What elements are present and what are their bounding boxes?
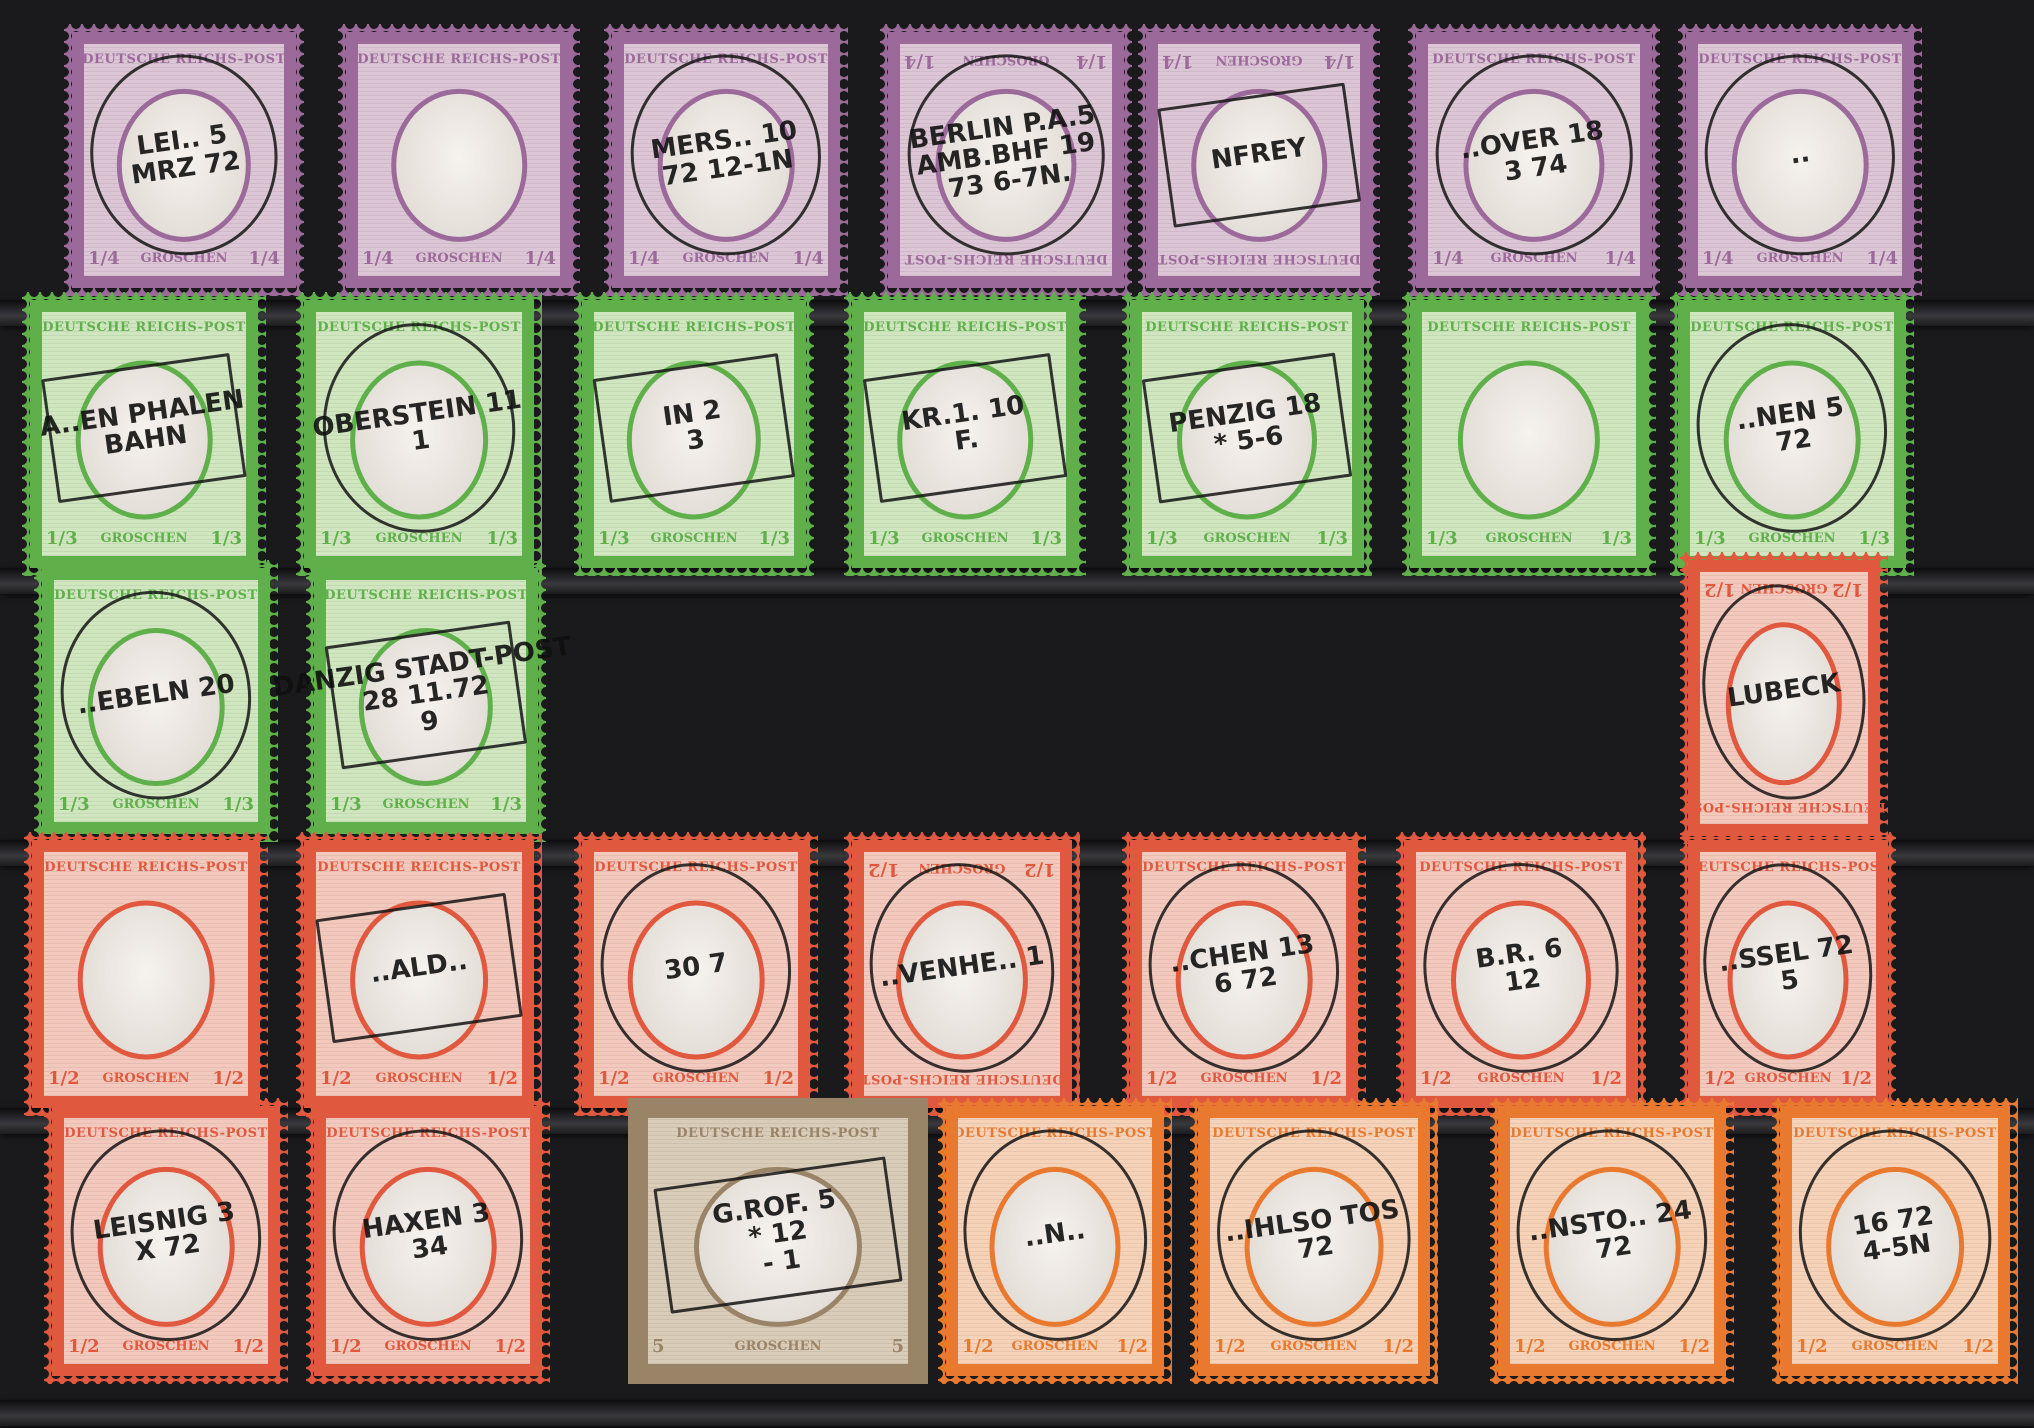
stamp: DEUTSCHE REICHS-POSTGROSCHEN1/21/2..N.. — [938, 1098, 1172, 1384]
denomination: 1/2 — [232, 1338, 264, 1356]
stamp-inscription-top: DEUTSCHE REICHS-POST — [306, 588, 546, 603]
denomination: 1/2 — [1832, 580, 1864, 598]
stamp: DEUTSCHE REICHS-POSTGROSCHEN1/21/2HAXEN … — [306, 1098, 550, 1384]
denomination: 1/3 — [1858, 530, 1890, 548]
postmark-text: ..IHLSO TOS 72 — [1223, 1196, 1405, 1275]
stamp: DEUTSCHE REICHS-POSTGROSCHEN1/21/2..ALD.… — [296, 832, 542, 1116]
denomination: 1/2 — [1146, 1070, 1178, 1088]
stamp: DEUTSCHE REICHS-POSTGROSCHEN1/21/2..VENH… — [844, 832, 1080, 1116]
denomination: 1/4 — [1432, 250, 1464, 268]
stamp: DEUTSCHE REICHS-POSTGROSCHEN1/21/216 72 … — [1772, 1098, 2018, 1384]
stamp: DEUTSCHE REICHS-POSTGROSCHEN1/21/230 7 — [574, 832, 818, 1116]
postmark-text: 30 7 — [663, 950, 730, 986]
stock-strip — [0, 1400, 2034, 1426]
postmark-text: ..N.. — [1023, 1217, 1087, 1253]
postmark: DANZIG STADT-POST 28 11.72 9 — [325, 621, 528, 770]
stamp: DEUTSCHE REICHS-POSTGROSCHEN1/21/2..NSTO… — [1490, 1098, 1734, 1384]
postmark-text: ..SSEL 72 5 — [1717, 932, 1859, 1005]
postmark-text: MERS.. 10 72 12-1N — [649, 117, 803, 192]
postmark-text: B.R. 6 12 — [1474, 935, 1568, 1001]
denomination: 1/2 — [1310, 1070, 1342, 1088]
denomination: 1/3 — [222, 796, 254, 814]
denomination: 1/2 — [1678, 1338, 1710, 1356]
denomination: 1/3 — [598, 530, 630, 548]
denomination: 1/4 — [1702, 250, 1734, 268]
postmark-text: ..VENHE.. 1 — [878, 943, 1046, 993]
denomination: 5 — [891, 1338, 904, 1356]
postmark-text: ..NEN 5 72 — [1735, 394, 1850, 463]
postmark-text: KR.1. 10 F. — [900, 393, 1030, 464]
postmark-text: LEI.. 5 MRZ 72 — [126, 120, 243, 189]
denomination: 1/2 — [48, 1070, 80, 1088]
denomination: 1/4 — [88, 250, 120, 268]
postmark-text: A..EN PHALEN BAHN — [38, 387, 250, 470]
denomination: 5 — [652, 1338, 665, 1356]
denomination: 1/3 — [868, 530, 900, 548]
denomination: 1/4 — [1604, 250, 1636, 268]
postmark-text: .. — [1788, 140, 1811, 170]
postmark: KR.1. 10 F. — [863, 353, 1067, 503]
denomination: 1/3 — [1600, 530, 1632, 548]
eagle-shield-icon — [391, 89, 527, 241]
denomination: 1/3 — [58, 796, 90, 814]
denomination: 1/3 — [1146, 530, 1178, 548]
stamp: DEUTSCHE REICHS-POSTGROSCHEN1/21/2B.R. 6… — [1396, 832, 1646, 1116]
postmark-text: ..NSTO.. 24 72 — [1527, 1197, 1697, 1274]
stamp-inscription-top: DEUTSCHE REICHS-POST — [22, 320, 266, 335]
stamp: DEUTSCHE REICHS-POSTGROSCHEN1/31/3..EBEL… — [34, 560, 278, 842]
postmark-text: NFREY — [1209, 134, 1308, 174]
postmark: NFREY — [1157, 82, 1361, 227]
denomination: 1/2 — [68, 1338, 100, 1356]
denomination: 1/2 — [762, 1070, 794, 1088]
denomination: 1/2 — [1420, 1070, 1452, 1088]
denomination: 1/3 — [210, 530, 242, 548]
denomination: 1/4 — [904, 52, 936, 70]
postmark-text: G.ROF. 5 * 12 - 1 — [711, 1186, 845, 1284]
stamp: DEUTSCHE REICHS-POSTGROSCHEN1/31/3OBERST… — [296, 292, 542, 576]
stamp: DEUTSCHE REICHS-POSTGROSCHEN1/31/3 — [1402, 292, 1656, 576]
denomination: 1/4 — [628, 250, 660, 268]
postmark: IN 2 3 — [593, 353, 796, 503]
denomination: 1/3 — [1030, 530, 1062, 548]
stamp: DEUTSCHE REICHS-POSTGROSCHEN1/41/4BERLIN… — [880, 24, 1132, 296]
denomination: 1/2 — [1704, 580, 1736, 598]
stamp-inscription-top: DEUTSCHE REICHS-POST — [1680, 799, 1888, 814]
stamp: DEUTSCHE REICHS-POSTGROSCHEN55G.ROF. 5 *… — [628, 1098, 928, 1384]
postmark: A..EN PHALEN BAHN — [41, 353, 247, 503]
denomination: 1/4 — [1324, 52, 1356, 70]
postmark-text: LEISNIG 3 X 72 — [92, 1198, 241, 1272]
denomination: 1/4 — [792, 250, 824, 268]
stamp: DEUTSCHE REICHS-POSTGROSCHEN1/31/3..NEN … — [1670, 292, 1914, 576]
postmark-text: LUBECK — [1726, 671, 1842, 714]
denomination: 1/3 — [1694, 530, 1726, 548]
stamp-inscription-bottom: GROSCHEN — [628, 1339, 928, 1354]
denomination: 1/2 — [1840, 1070, 1872, 1088]
stamp: DEUTSCHE REICHS-POSTGROSCHEN1/21/2..CHEN… — [1122, 832, 1366, 1116]
stamp: DEUTSCHE REICHS-POSTGROSCHEN1/21/2LEISNI… — [44, 1098, 288, 1384]
stamp: DEUTSCHE REICHS-POSTGROSCHEN1/31/3A..EN … — [22, 292, 266, 576]
denomination: 1/3 — [1426, 530, 1458, 548]
stamp: DEUTSCHE REICHS-POSTGROSCHEN1/21/2..IHLS… — [1190, 1098, 1438, 1384]
denomination: 1/2 — [330, 1338, 362, 1356]
postmark-text: ..OVER 18 3 74 — [1459, 117, 1609, 191]
stamp-inscription-top: DEUTSCHE REICHS-POST — [338, 52, 580, 67]
postmark-text: 16 72 4-5N — [1851, 1203, 1939, 1268]
stamp-inscription-top: DEUTSCHE REICHS-POST — [1402, 320, 1656, 335]
denomination: 1/3 — [490, 796, 522, 814]
denomination: 1/4 — [248, 250, 280, 268]
postmark-text: IN 2 3 — [661, 397, 727, 459]
denomination: 1/2 — [486, 1070, 518, 1088]
denomination: 1/2 — [1116, 1338, 1148, 1356]
eagle-shield-icon — [78, 900, 215, 1059]
stamp: DEUTSCHE REICHS-POSTGROSCHEN1/31/3IN 2 3 — [574, 292, 814, 576]
eagle-shield-icon — [1458, 360, 1600, 519]
stamp: DEUTSCHE REICHS-POSTGROSCHEN1/21/2..SSEL… — [1680, 832, 1896, 1116]
stamp: DEUTSCHE REICHS-POSTGROSCHEN1/41/4..OVER… — [1408, 24, 1660, 296]
denomination: 1/4 — [1162, 52, 1194, 70]
denomination: 1/2 — [598, 1070, 630, 1088]
denomination: 1/4 — [1076, 52, 1108, 70]
stamp-inscription-top: DEUTSCHE REICHS-POST — [1138, 251, 1380, 266]
denomination: 1/2 — [1024, 860, 1056, 878]
postmark-text: HAXEN 3 34 — [361, 1199, 496, 1271]
postmark-text: ..EBELN 20 — [76, 671, 237, 720]
postmark-text: ..CHEN 13 6 72 — [1168, 931, 1320, 1005]
denomination: 1/3 — [1316, 530, 1348, 548]
stamp-inscription-top: DEUTSCHE REICHS-POST — [296, 860, 542, 875]
stamp-inscription-top: DEUTSCHE REICHS-POST — [628, 1126, 928, 1141]
denomination: 1/2 — [494, 1338, 526, 1356]
denomination: 1/2 — [1796, 1338, 1828, 1356]
denomination: 1/2 — [1214, 1338, 1246, 1356]
denomination: 1/2 — [868, 860, 900, 878]
denomination: 1/3 — [758, 530, 790, 548]
denomination: 1/2 — [212, 1070, 244, 1088]
stamp-inscription-top: DEUTSCHE REICHS-POST — [1122, 320, 1372, 335]
denomination: 1/4 — [1866, 250, 1898, 268]
denomination: 1/2 — [1590, 1070, 1622, 1088]
denomination: 1/4 — [362, 250, 394, 268]
stamp-inscription-top: DEUTSCHE REICHS-POST — [574, 320, 814, 335]
stamp: DEUTSCHE REICHS-POSTGROSCHEN1/41/4 — [338, 24, 580, 296]
stamp: DEUTSCHE REICHS-POSTGROSCHEN1/31/3DANZIG… — [306, 560, 546, 842]
denomination: 1/4 — [524, 250, 556, 268]
stamp: DEUTSCHE REICHS-POSTGROSCHEN1/41/4LEI.. … — [64, 24, 304, 296]
denomination: 1/2 — [1382, 1338, 1414, 1356]
postmark-text: ..ALD.. — [369, 948, 470, 989]
stamp: DEUTSCHE REICHS-POSTGROSCHEN1/31/3KR.1. … — [844, 292, 1086, 576]
denomination: 1/2 — [1962, 1338, 1994, 1356]
stamp: DEUTSCHE REICHS-POSTGROSCHEN1/41/4.. — [1678, 24, 1922, 296]
stamp: DEUTSCHE REICHS-POSTGROSCHEN1/41/4MERS..… — [604, 24, 848, 296]
denomination: 1/3 — [486, 530, 518, 548]
stamp: DEUTSCHE REICHS-POSTGROSCHEN1/21/2 — [24, 832, 268, 1116]
denomination: 1/3 — [330, 796, 362, 814]
stamp: DEUTSCHE REICHS-POSTGROSCHEN1/21/2LUBECK — [1680, 552, 1888, 844]
stamp: DEUTSCHE REICHS-POSTGROSCHEN1/31/3PENZIG… — [1122, 292, 1372, 576]
stamp-inscription-top: DEUTSCHE REICHS-POST — [844, 1071, 1080, 1086]
stamp: DEUTSCHE REICHS-POSTGROSCHEN1/41/4NFREY — [1138, 24, 1380, 296]
stamp-inscription-top: DEUTSCHE REICHS-POST — [844, 320, 1086, 335]
denomination: 1/2 — [1704, 1070, 1736, 1088]
denomination: 1/2 — [962, 1338, 994, 1356]
stamp-inscription-top: DEUTSCHE REICHS-POST — [24, 860, 268, 875]
denomination: 1/3 — [320, 530, 352, 548]
postmark-text: BERLIN P.A.5 AMB.BHF 19 73 6-7N. — [908, 101, 1105, 208]
denomination: 1/2 — [1514, 1338, 1546, 1356]
postmark-text: OBERSTEIN 11 1 — [311, 387, 527, 470]
denomination: 1/2 — [320, 1070, 352, 1088]
denomination: 1/3 — [46, 530, 78, 548]
postmark-text: PENZIG 18 * 5-6 — [1167, 391, 1327, 466]
